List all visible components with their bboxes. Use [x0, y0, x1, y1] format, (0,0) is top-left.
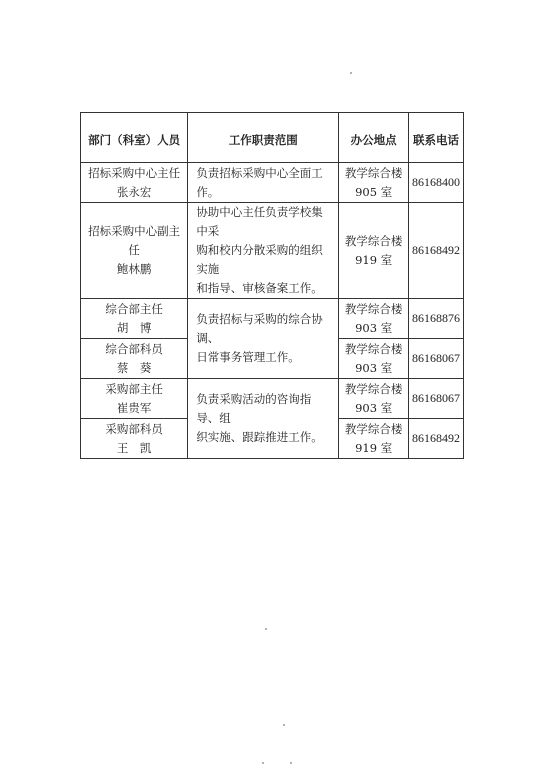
- phone-cell: 86168067: [408, 379, 463, 419]
- contact-table: 部门（科室）人员 工作职责范围 办公地点 联系电话 招标采购中心主任 张永宏 负…: [80, 112, 464, 459]
- header-office-location: 办公地点: [339, 113, 409, 163]
- staff-cell: 招标采购中心副主任 鲍林鹏: [81, 203, 188, 299]
- header-department-staff: 部门（科室）人员: [81, 113, 188, 163]
- staff-name: 张永宏: [84, 183, 184, 202]
- duty-cell: 负责采购活动的咨询指导、组 织实施、跟踪推进工作。: [188, 379, 339, 459]
- location-building: 教学综合楼: [342, 420, 405, 439]
- location-building: 教学综合楼: [342, 232, 405, 251]
- duty-cell: 负责招标采购中心全面工作。: [188, 163, 339, 203]
- location-room: 903 室: [342, 359, 405, 378]
- staff-cell: 采购部主任 崔贵军: [81, 379, 188, 419]
- location-room: 903 室: [342, 319, 405, 338]
- duty-text: 日常事务管理工作。: [196, 348, 330, 367]
- staff-cell: 综合部主任 胡 博: [81, 299, 188, 339]
- phone-cell: 86168492: [408, 419, 463, 459]
- location-building: 教学综合楼: [342, 164, 405, 183]
- location-cell: 教学综合楼 905 室: [339, 163, 409, 203]
- duty-text: 购和校内分散采购的组织实施: [196, 241, 330, 279]
- header-duties: 工作职责范围: [188, 113, 339, 163]
- staff-cell: 采购部科员 王 凯: [81, 419, 188, 459]
- staff-name: 鲍林鹏: [84, 260, 184, 279]
- scan-speck: [265, 628, 267, 630]
- location-cell: 教学综合楼 903 室: [339, 339, 409, 379]
- duty-text: 和指导、审核备案工作。: [196, 279, 330, 298]
- duty-cell: 负责招标与采购的综合协调、 日常事务管理工作。: [188, 299, 339, 379]
- table-row: 综合部主任 胡 博 负责招标与采购的综合协调、 日常事务管理工作。 教学综合楼 …: [81, 299, 464, 339]
- phone-cell: 86168400: [408, 163, 463, 203]
- staff-name: 王 凯: [84, 439, 184, 458]
- duty-text: 负责招标采购中心全面工作。: [196, 164, 330, 202]
- location-building: 教学综合楼: [342, 340, 405, 359]
- scan-speck: [262, 762, 264, 764]
- duty-text: 负责招标与采购的综合协调、: [196, 310, 330, 348]
- staff-name: 胡 博: [84, 319, 184, 338]
- location-room: 919 室: [342, 439, 405, 458]
- location-cell: 教学综合楼 919 室: [339, 203, 409, 299]
- location-building: 教学综合楼: [342, 300, 405, 319]
- staff-name: 崔贵军: [84, 399, 184, 418]
- location-cell: 教学综合楼 919 室: [339, 419, 409, 459]
- location-building: 教学综合楼: [342, 380, 405, 399]
- scan-speck: [283, 724, 285, 726]
- staff-title: 综合部科员: [84, 340, 184, 359]
- table-row: 招标采购中心副主任 鲍林鹏 协助中心主任负责学校集中采 购和校内分散采购的组织实…: [81, 203, 464, 299]
- phone-cell: 86168067: [408, 339, 463, 379]
- duty-text: 负责采购活动的咨询指导、组: [196, 390, 330, 428]
- staff-title: 采购部主任: [84, 380, 184, 399]
- duty-text: 协助中心主任负责学校集中采: [196, 203, 330, 241]
- location-cell: 教学综合楼 903 室: [339, 379, 409, 419]
- staff-title: 采购部科员: [84, 420, 184, 439]
- table-row: 招标采购中心主任 张永宏 负责招标采购中心全面工作。 教学综合楼 905 室 8…: [81, 163, 464, 203]
- scan-speck: [350, 72, 352, 74]
- header-phone: 联系电话: [408, 113, 463, 163]
- location-room: 903 室: [342, 399, 405, 418]
- location-cell: 教学综合楼 903 室: [339, 299, 409, 339]
- location-room: 905 室: [342, 183, 405, 202]
- table-header-row: 部门（科室）人员 工作职责范围 办公地点 联系电话: [81, 113, 464, 163]
- staff-cell: 综合部科员 蔡 葵: [81, 339, 188, 379]
- phone-cell: 86168876: [408, 299, 463, 339]
- staff-cell: 招标采购中心主任 张永宏: [81, 163, 188, 203]
- staff-title: 综合部主任: [84, 300, 184, 319]
- scan-speck: [290, 762, 292, 764]
- staff-title: 招标采购中心副主任: [84, 222, 184, 260]
- staff-title: 招标采购中心主任: [84, 164, 184, 183]
- duty-cell: 协助中心主任负责学校集中采 购和校内分散采购的组织实施 和指导、审核备案工作。: [188, 203, 339, 299]
- location-room: 919 室: [342, 251, 405, 270]
- staff-name: 蔡 葵: [84, 359, 184, 378]
- duty-text: 织实施、跟踪推进工作。: [196, 428, 330, 447]
- phone-cell: 86168492: [408, 203, 463, 299]
- table-row: 采购部主任 崔贵军 负责采购活动的咨询指导、组 织实施、跟踪推进工作。 教学综合…: [81, 379, 464, 419]
